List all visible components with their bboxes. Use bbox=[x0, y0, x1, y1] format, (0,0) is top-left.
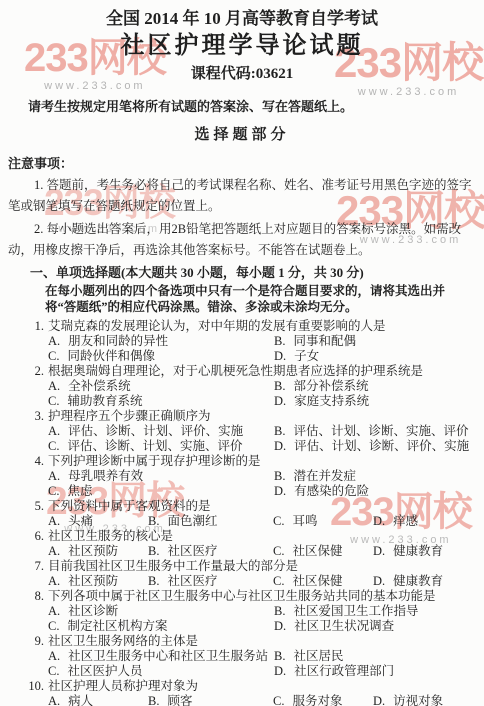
answer-sheet-instruction: 请考生按规定用笔将所有试题的答案涂、写在答题纸上。 bbox=[28, 100, 476, 114]
option-D: D.评估、计划、诊断、评价、实施 bbox=[274, 439, 484, 454]
option-C: C.辅助教育系统 bbox=[48, 394, 274, 409]
question-8: 8. 下列各项中属于社区卫生服务中心与社区卫生服务站共同的基本功能是 A.社区诊… bbox=[26, 589, 484, 634]
option-B: B.评估、计划、诊断、实施、评价 bbox=[274, 424, 484, 439]
option-B: B.顾客 bbox=[148, 694, 273, 706]
question-number: 2. bbox=[26, 364, 44, 379]
course-code: 课程代码:03621 bbox=[0, 65, 484, 83]
option-C: C.社区医护人员 bbox=[48, 664, 274, 679]
notice-item-1: 1. 答题前，考生务必将自己的考试课程名称、姓名、准考证号用黑色字迹的签字笔或钢… bbox=[8, 175, 478, 217]
option-A: A.社区诊断 bbox=[48, 604, 274, 619]
question-number: 8. bbox=[26, 589, 44, 604]
option-A: A.头痛 bbox=[48, 514, 148, 529]
option-D: D.痒感 bbox=[373, 514, 484, 529]
question-stem: 社区卫生服务网络的主体是 bbox=[48, 634, 484, 649]
option-C: C.制定社区机构方案 bbox=[48, 619, 274, 634]
option-A: A.全补偿系统 bbox=[48, 379, 274, 394]
question-stem: 护理程序五个步骤正确顺序为 bbox=[48, 409, 484, 424]
question-number: 4. bbox=[26, 454, 44, 469]
option-C: C.社区保健 bbox=[273, 544, 373, 559]
question-number: 7. bbox=[26, 559, 44, 574]
option-D: D.有感染的危险 bbox=[274, 484, 484, 499]
notice-heading: 注意事项： bbox=[8, 155, 478, 173]
question-number: 1. bbox=[26, 319, 44, 334]
option-A: A.社区预防 bbox=[48, 544, 148, 559]
notice-item-2: 2. 每小题选出答案后，用2B铅笔把答题纸上对应题目的答案标号涂黑。如需改动，用… bbox=[8, 219, 478, 261]
option-B: B.潜在并发症 bbox=[274, 469, 484, 484]
question-stem: 社区卫生服务的核心是 bbox=[48, 529, 484, 544]
question-number: 3. bbox=[26, 409, 44, 424]
question-5: 5. 下列资料中属于客观资料的是 A.头痛 B.面色潮红 C.耳鸣 D.痒感 bbox=[26, 499, 484, 529]
option-D: D.社区卫生状况调查 bbox=[274, 619, 484, 634]
question-stem: 下列各项中属于社区卫生服务中心与社区卫生服务站共同的基本功能是 bbox=[48, 589, 484, 604]
question-stem: 下列资料中属于客观资料的是 bbox=[48, 499, 484, 514]
question-1: 1. 艾瑞克森的发展理论认为，对中年期的发展有重要影响的人是 A.朋友和同龄的异… bbox=[26, 319, 484, 364]
question-number: 9. bbox=[26, 634, 44, 649]
option-B: B.部分补偿系统 bbox=[274, 379, 484, 394]
option-A: A.社区卫生服务中心和社区卫生服务站 bbox=[48, 649, 274, 664]
question-10: 10. 社区护理人员称护理对象为 A.病人 B.顾客 C.服务对象 D.访视对象 bbox=[26, 679, 484, 706]
option-B: B.面色潮红 bbox=[148, 514, 273, 529]
option-A: A.母乳喂养有效 bbox=[48, 469, 274, 484]
question-2: 2. 根据奥瑞姆自理理论，对于心肌梗死急性期患者应选择的护理系统是 A.全补偿系… bbox=[26, 364, 484, 409]
question-stem: 艾瑞克森的发展理论认为，对中年期的发展有重要影响的人是 bbox=[48, 319, 484, 334]
option-C: C.耳鸣 bbox=[273, 514, 373, 529]
section-title: 选择题部分 bbox=[0, 125, 484, 145]
question-stem: 社区护理人员称护理对象为 bbox=[48, 679, 484, 694]
exam-paper-page: 233网校 www.233.com 233网校 www.233.com 233网… bbox=[0, 0, 484, 706]
page-title: 社区护理学导论试题 bbox=[0, 32, 484, 60]
question-3: 3. 护理程序五个步骤正确顺序为 A.评估、诊断、计划、评价、实施 B.评估、计… bbox=[26, 409, 484, 454]
option-C: C.服务对象 bbox=[273, 694, 373, 706]
question-stem: 下列护理诊断中属于现存护理诊断的是 bbox=[48, 454, 484, 469]
option-D: D.家庭支持系统 bbox=[274, 394, 484, 409]
question-7: 7. 目前我国社区卫生服务中工作量最大的部分是 A.社区预防 B.社区医疗 C.… bbox=[26, 559, 484, 589]
option-B: B.社区爱国卫生工作指导 bbox=[274, 604, 484, 619]
option-A: A.朋友和同龄的异性 bbox=[48, 334, 274, 349]
option-C: C.焦虑 bbox=[48, 484, 274, 499]
option-D: D.健康教育 bbox=[373, 574, 484, 589]
option-A: A.社区预防 bbox=[48, 574, 148, 589]
option-D: D.健康教育 bbox=[373, 544, 484, 559]
question-stem: 目前我国社区卫生服务中工作量最大的部分是 bbox=[48, 559, 484, 574]
option-C: C.评估、诊断、计划、实施、评价 bbox=[48, 439, 274, 454]
part-one-heading: 一、单项选择题(本大题共 30 小题，每小题 1 分，共 30 分) bbox=[30, 265, 484, 281]
part-one-subinstruction: 在每小题列出的四个备选项中只有一个是符合题目要求的，请将其选出并将“答题纸”的相… bbox=[45, 283, 476, 315]
option-C: C.社区保健 bbox=[273, 574, 373, 589]
option-B: B.社区医疗 bbox=[148, 574, 273, 589]
option-B: B.同事和配偶 bbox=[274, 334, 484, 349]
notice-block: 注意事项： 1. 答题前，考生务必将自己的考试课程名称、姓名、准考证号用黑色字迹… bbox=[8, 155, 478, 261]
option-D: D.子女 bbox=[274, 349, 484, 364]
option-D: D.访视对象 bbox=[373, 694, 484, 706]
exam-session-line: 全国 2014 年 10 月高等教育自学考试 bbox=[0, 8, 484, 29]
option-B: B.社区医疗 bbox=[148, 544, 273, 559]
option-A: A.病人 bbox=[48, 694, 148, 706]
option-A: A.评估、诊断、计划、评价、实施 bbox=[48, 424, 274, 439]
question-6: 6. 社区卫生服务的核心是 A.社区预防 B.社区医疗 C.社区保健 D.健康教… bbox=[26, 529, 484, 559]
question-9: 9. 社区卫生服务网络的主体是 A.社区卫生服务中心和社区卫生服务站 B.社区居… bbox=[26, 634, 484, 679]
question-number: 10. bbox=[26, 679, 44, 694]
question-list: 1. 艾瑞克森的发展理论认为，对中年期的发展有重要影响的人是 A.朋友和同龄的异… bbox=[26, 319, 484, 706]
option-C: C.同龄伙伴和偶像 bbox=[48, 349, 274, 364]
question-number: 5. bbox=[26, 499, 44, 514]
question-4: 4. 下列护理诊断中属于现存护理诊断的是 A.母乳喂养有效 B.潜在并发症 C.… bbox=[26, 454, 484, 499]
option-D: D.社区行政管理部门 bbox=[274, 664, 484, 679]
option-B: B.社区居民 bbox=[274, 649, 484, 664]
question-stem: 根据奥瑞姆自理理论，对于心肌梗死急性期患者应选择的护理系统是 bbox=[48, 364, 484, 379]
question-number: 6. bbox=[26, 529, 44, 544]
